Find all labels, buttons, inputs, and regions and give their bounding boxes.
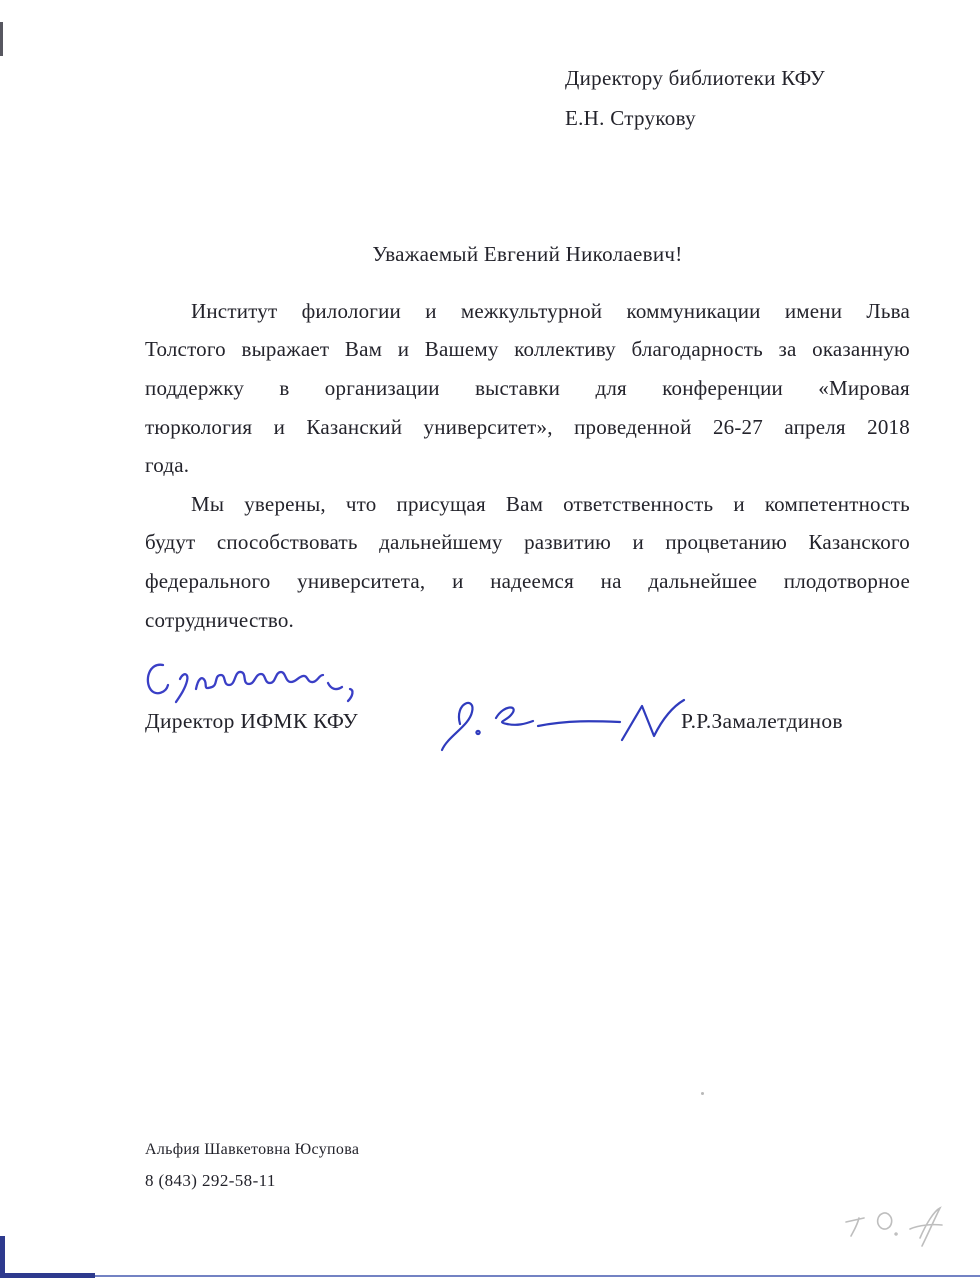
body-word: Вам bbox=[506, 492, 543, 517]
body-word: и bbox=[452, 569, 463, 594]
body-word: присущая bbox=[397, 492, 486, 517]
letter-page: Директору библиотеки КФУ Е.Н. Струкову У… bbox=[0, 0, 980, 1278]
body-word: Казанский bbox=[306, 415, 402, 440]
body-word: выражает bbox=[241, 337, 329, 362]
body-word: уверены, bbox=[244, 492, 326, 517]
body-word: и bbox=[632, 530, 643, 555]
body-word: развитию bbox=[524, 530, 611, 555]
body-word: выставки bbox=[475, 376, 560, 401]
body-line: года. bbox=[145, 446, 910, 485]
scan-speck bbox=[701, 1092, 704, 1095]
signer-title: Директор ИФМК КФУ bbox=[145, 709, 358, 734]
body-word: надеемся bbox=[490, 569, 574, 594]
body-word: поддержку bbox=[145, 376, 244, 401]
body-word: коллективу bbox=[514, 337, 616, 362]
body-word: Льва bbox=[866, 299, 910, 324]
body-word: процветанию bbox=[665, 530, 787, 555]
body-word: оказанную bbox=[812, 337, 910, 362]
body-word: филологии bbox=[302, 299, 401, 324]
body-word: и bbox=[398, 337, 409, 362]
contact-phone: 8 (843) 292-58-11 bbox=[145, 1171, 276, 1191]
recipient-line-1: Директору библиотеки КФУ bbox=[565, 58, 825, 98]
body-word: и bbox=[274, 415, 285, 440]
body-line: сотрудничество. bbox=[145, 601, 910, 640]
body-word: что bbox=[346, 492, 377, 517]
body-line: будутспособствоватьдальнейшемуразвитиюип… bbox=[145, 524, 910, 563]
body-word: коммуникации bbox=[626, 299, 760, 324]
body-word: конференции bbox=[662, 376, 783, 401]
body-word: 2018 bbox=[867, 415, 910, 440]
body-word: и bbox=[425, 299, 436, 324]
body-word: апреля bbox=[784, 415, 845, 440]
handwritten-regards: С уважением, bbox=[142, 656, 374, 708]
body-line: Мыуверены,чтоприсущаяВамответственностьи… bbox=[145, 485, 910, 524]
contact-person: Альфия Шавкетовна Юсупова bbox=[145, 1141, 359, 1159]
body-word: для bbox=[595, 376, 626, 401]
scan-artifact-left-bar bbox=[0, 1236, 5, 1278]
body-word: «Мировая bbox=[818, 376, 910, 401]
body-line: Институтфилологииимежкультурнойкоммуника… bbox=[145, 292, 910, 331]
body-word: и bbox=[733, 492, 744, 517]
body-word: университета, bbox=[297, 569, 425, 594]
body-word: будут bbox=[145, 530, 195, 555]
body-word: проведенной bbox=[574, 415, 692, 440]
body-word: имени bbox=[785, 299, 842, 324]
pencil-note: 70 f bbox=[840, 1202, 950, 1252]
body-word: Казанского bbox=[808, 530, 909, 555]
pencil-note-mark bbox=[840, 1202, 950, 1252]
scan-artifact-bottom-line bbox=[0, 1275, 980, 1277]
signature-scribble bbox=[418, 688, 688, 762]
signature-ink bbox=[418, 688, 688, 762]
body-word: тюркология bbox=[145, 415, 252, 440]
body-word: Толстого bbox=[145, 337, 226, 362]
body-word: Вашему bbox=[425, 337, 499, 362]
body-word: компетентность bbox=[765, 492, 910, 517]
body-word: Мы bbox=[191, 492, 224, 517]
body-word: Институт bbox=[191, 299, 277, 324]
body-word: межкультурной bbox=[461, 299, 602, 324]
body-word: дальнейшему bbox=[379, 530, 503, 555]
body-word: в bbox=[279, 376, 289, 401]
body-line: поддержкуворганизациивыставкидляконферен… bbox=[145, 369, 910, 408]
body-word: 26-27 bbox=[713, 415, 763, 440]
handwritten-regards-script bbox=[142, 656, 374, 708]
body-line: федеральногоуниверситета,инадеемсянадаль… bbox=[145, 562, 910, 601]
body-word: благодарность bbox=[631, 337, 762, 362]
body-word: на bbox=[601, 569, 622, 594]
body-line: тюркологияиКазанскийуниверситет»,проведе… bbox=[145, 408, 910, 447]
body-line: ТолстоговыражаетВамиВашемуколлективублаг… bbox=[145, 331, 910, 370]
body-word: университет», bbox=[424, 415, 553, 440]
body-word: плодотворное bbox=[784, 569, 910, 594]
signer-name: Р.Р.Замалетдинов bbox=[681, 709, 843, 734]
body-word: за bbox=[778, 337, 796, 362]
letter-body: Институтфилологииимежкультурнойкоммуника… bbox=[145, 292, 910, 639]
body-word: организации bbox=[325, 376, 440, 401]
body-word: федерального bbox=[145, 569, 270, 594]
salutation: Уважаемый Евгений Николаевич! bbox=[145, 242, 910, 267]
recipient-line-2: Е.Н. Струкову bbox=[565, 98, 825, 138]
scan-artifact-bottom-bar bbox=[0, 1273, 95, 1278]
body-word: дальнейшее bbox=[648, 569, 757, 594]
scan-artifact-top-left bbox=[0, 22, 3, 56]
body-word: Вам bbox=[345, 337, 382, 362]
body-word: ответственность bbox=[563, 492, 713, 517]
body-word: способствовать bbox=[217, 530, 358, 555]
recipient-block: Директору библиотеки КФУ Е.Н. Струкову bbox=[565, 58, 825, 138]
